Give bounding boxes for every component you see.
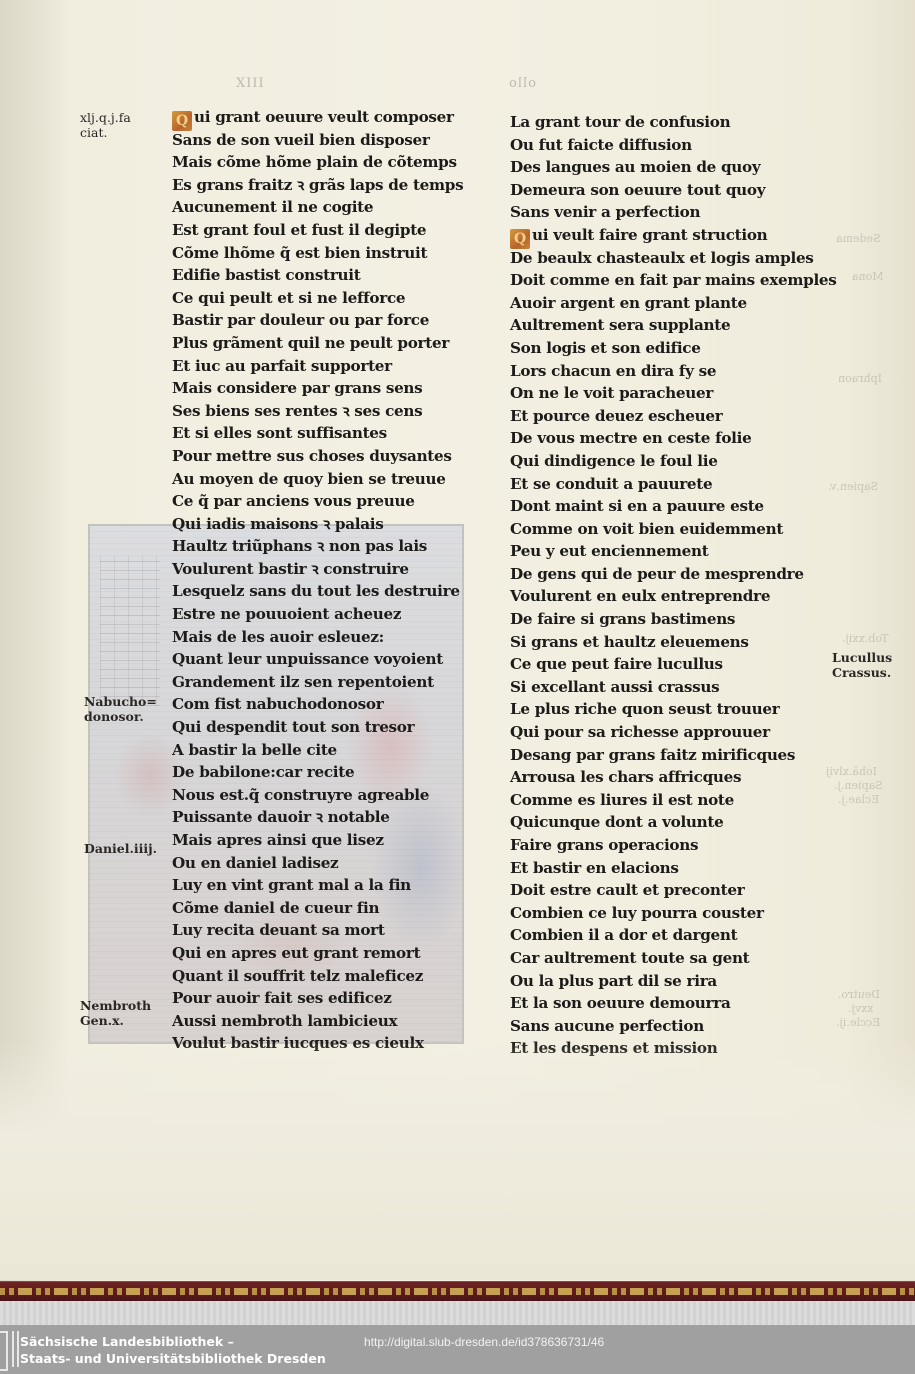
permalink-url[interactable]: http://digital.slub-dresden.de/id3786367… [364,1335,604,1349]
woodcut-brick-wall [100,556,160,706]
verse-line: De gens qui de peur de mesprendre [510,563,837,586]
ghost-note: Eccle.ij. [836,1016,880,1030]
library-footer: Sächsische Landesbibliothek – Staats- un… [0,1325,915,1374]
ghost-note: Sedema [836,232,881,246]
scan-background [0,1301,915,1325]
verse-line: Mais cõme hõme plain de cõtemps [172,151,463,174]
verse-line: Cõme daniel de cueur fin [172,897,463,920]
verse-line: Pour mettre sus choses duysantes [172,445,463,468]
verse-line: Bastir par douleur ou par force [172,309,463,332]
verse-line: Et bastir en elacions [510,857,837,880]
verse-line: Faire grans operacions [510,834,837,857]
verse-line: Qui iadis maisons ꝛ palais [172,513,463,536]
verse-line: Sans aucune perfection [510,1015,837,1038]
verse-line: Voulurent en eulx entreprendre [510,585,837,608]
verse-line: Qui pour sa richesse approuuer [510,721,837,744]
gold-tooling-pattern [0,1288,915,1295]
margin-note-nabuchodonosor: Nabucho= donosor. [84,694,157,724]
verse-line: De babilone:car recite [172,761,463,784]
verse-line: Quant leur unpuissance voyoient [172,648,463,671]
verse-line: Son logis et son edifice [510,337,837,360]
verse-line: Nous est.q̃ construyre agreable [172,784,463,807]
verse-line: De faire si grans bastimens [510,608,837,631]
verse-line: Doit estre cault et preconter [510,879,837,902]
verse-line: A bastir la belle cite [172,739,463,762]
illuminated-initial: Q [510,229,530,249]
verse-line: Sans venir a perfection [510,201,837,224]
verse-line: Doit comme en fait par mains exemples [510,269,837,292]
verse-line: La grant tour de confusion [510,111,837,134]
running-head-left: XIII [236,76,265,91]
verse-line: Si grans et haultz eleuemens [510,631,837,654]
verse-line: Qui grant oeuure veult composer [172,106,463,129]
text-column-right: La grant tour de confusion Ou fut faicte… [510,111,837,1060]
verse-line: Luy en vint grant mal a la fin [172,874,463,897]
verse-line: Plus grãment quil ne peult porter [172,332,463,355]
verse-line: On ne le voit paracheuer [510,382,837,405]
verse-line: Et la son oeuure demourra [510,992,837,1015]
ghost-note: Iohā.xlvij [826,765,877,779]
book-binding-edge [0,1281,915,1301]
verse-line: Qui despendit tout son tresor [172,716,463,739]
verse-line: Ses biens ses rentes ꝛ ses cens [172,400,463,423]
verse-line: Demeura son oeuure tout quoy [510,179,837,202]
verse-line: Puissante dauoir ꝛ notable [172,806,463,829]
ghost-note: Mona [852,270,884,284]
verse-line: Edifie bastist construit [172,264,463,287]
verse-line: Qui veult faire grant struction [510,224,837,247]
ghost-note: Tob.xxij. [842,632,888,646]
verse-line: Et si elles sont suffisantes [172,422,463,445]
verse-line: Ce qui peult et si ne lefforce [172,287,463,310]
verse-line: Es grans fraitz ꝛ grãs laps de temps [172,174,463,197]
verse-line: Ce q̃ par anciens vous preuue [172,490,463,513]
verse-line: Com fist nabuchodonosor [172,693,463,716]
verse-line: Luy recita deuant sa mort [172,919,463,942]
verse-line: Comme on voit bien euidemment [510,518,837,541]
verse-line: Et pource deuez escheuer [510,405,837,428]
verse-line: Arrousa les chars affricques [510,766,837,789]
ghost-note: Sapien.v. [828,480,878,494]
verse-line: Desang par grans faitz mirificques [510,744,837,767]
verse-line: Voulurent bastir ꝛ construire [172,558,463,581]
verse-line: Des langues au moien de quoy [510,156,837,179]
verse-line: Grandement ilz sen repentoient [172,671,463,694]
verse-line: Auoir argent en grant plante [510,292,837,315]
verse-line: Lesquelz sans du tout les destruire [172,580,463,603]
margin-note-left-1: xlj.q.j.fa ciat. [80,110,131,140]
verse-line: Si excellant aussi crassus [510,676,837,699]
verse-line: Aucunement il ne cogite [172,196,463,219]
verse-line: De beaulx chasteaulx et logis amples [510,247,837,270]
verse-line: Quant il souffrit telz maleficez [172,965,463,988]
verse-line: Car aultrement toute sa gent [510,947,837,970]
verse-line: Mais apres ainsi que lisez [172,829,463,852]
verse-line: Mais considere par grans sens [172,377,463,400]
verse-line: Lors chacun en dira fy se [510,360,837,383]
verse-line: Ce que peut faire lucullus [510,653,837,676]
verse-line: Sans de son vueil bien disposer [172,129,463,152]
text-column-left: Qui grant oeuure veult composer Sans de … [172,106,463,1055]
verse-line: Est grant foul et fust il degipte [172,219,463,242]
verse-line: Dont maint si en a pauure este [510,495,837,518]
ghost-note: Eclae.j. [838,793,879,807]
ghost-note: Iphraon [838,372,882,386]
verse-line: Combien ce luy pourra couster [510,902,837,925]
verse-line: Aussi nembroth lambicieux [172,1010,463,1033]
verse-line: Ou fut faicte diffusion [510,134,837,157]
verse-line: Quicunque dont a volunte [510,811,837,834]
verse-line: Haultz triũphans ꝛ non pas lais [172,535,463,558]
verse-line: Pour auoir fait ses edificez [172,987,463,1010]
margin-note-daniel: Daniel.iiij. [84,841,157,856]
margin-note-lucullus-crassus: Lucullus Crassus. [832,650,892,680]
verse-line: Ou la plus part dil se rira [510,970,837,993]
verse-line: Et se conduit a pauurete [510,473,837,496]
margin-note-nembroth: Nembroth Gen.x. [80,998,151,1028]
verse-line: De vous mectre en ceste folie [510,427,837,450]
verse-line: Voulut bastir iucques es cieulx [172,1032,463,1055]
verse-line: Et les despens et mission [510,1037,837,1060]
slub-logo-icon [0,1331,14,1367]
verse-line: Mais de les auoir esleuez: [172,626,463,649]
ghost-note: xxvj. [848,1002,874,1016]
verse-line: Estre ne pouuoient acheuez [172,603,463,626]
scanned-page: XIII ollo xlj.q.j.fa ciat. Nabucho= dono… [0,0,915,1282]
ghost-note: Sapien.j. [834,779,883,793]
verse-line: Le plus riche quon seust trouuer [510,698,837,721]
verse-line: Cõme lhõme q̃ est bien instruit [172,242,463,265]
running-head-right-showthrough: ollo [508,76,536,91]
verse-line: Et iuc au parfait supporter [172,355,463,378]
ghost-note: Deutro. [838,988,880,1002]
verse-line: Aultrement sera supplante [510,314,837,337]
verse-line: Combien il a dor et dargent [510,924,837,947]
verse-line: Peu y eut enciennement [510,540,837,563]
verse-line: Ou en daniel ladisez [172,852,463,875]
verse-line: Au moyen de quoy bien se treuue [172,468,463,491]
verse-line: Comme es liures il est note [510,789,837,812]
verse-line: Qui en apres eut grant remort [172,942,463,965]
library-name: Sächsische Landesbibliothek – Staats- un… [20,1333,326,1367]
verse-line: Qui dindigence le foul lie [510,450,837,473]
